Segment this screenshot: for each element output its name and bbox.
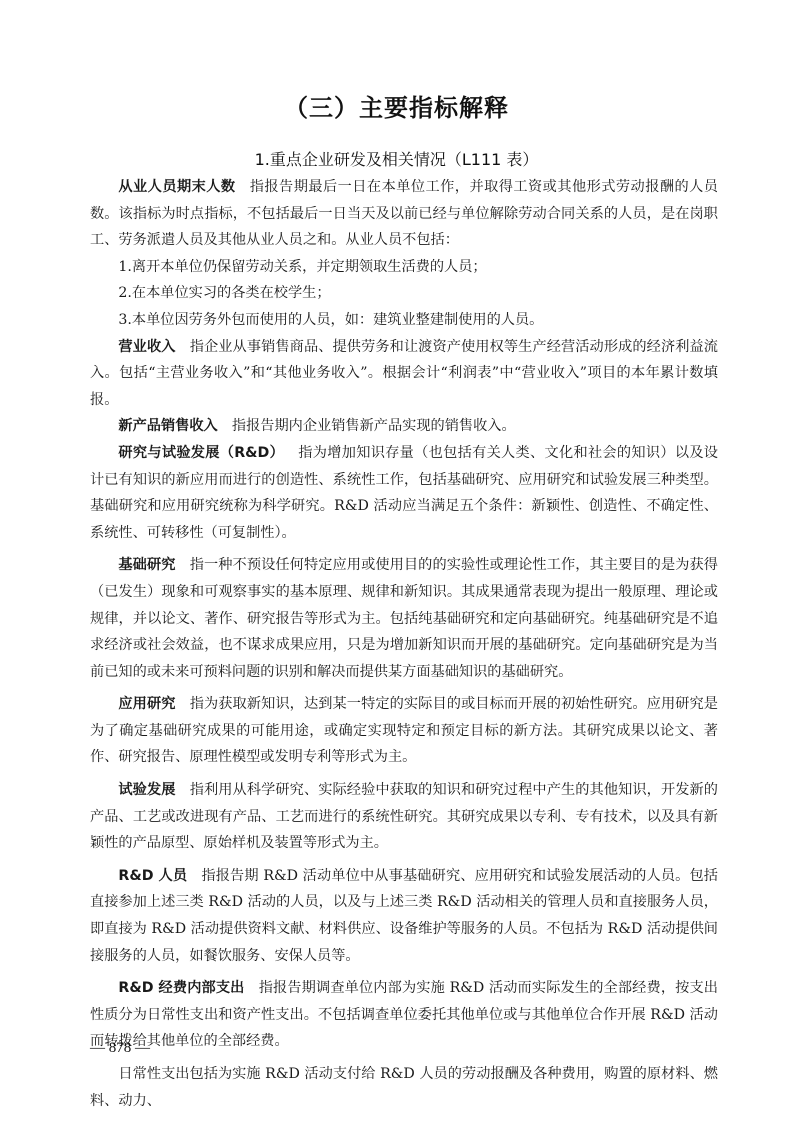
term-basic-research: 基础研究 — [118, 557, 175, 573]
definition-experimental-development: 指利用从科学研究、实际经验中获取的知识和研究过程中产生的其他知识，开发新的产品、… — [90, 782, 718, 851]
term-applied-research: 应用研究 — [118, 696, 175, 712]
subsection-title: 1.重点企业研发及相关情况（L111 表） — [0, 147, 793, 170]
exclusion-item-3: 3.本单位因劳务外包而使用的人员，如：建筑业整建制使用的人员。 — [90, 307, 718, 334]
paragraph-routine-expenditure: 日常性支出包括为实施 R&D 活动支付给 R&D 人员的劳动报酬及各种费用，购置… — [90, 1061, 718, 1114]
document-page: （三）主要指标解释 1.重点企业研发及相关情况（L111 表） 从业人员期末人数… — [0, 0, 793, 1122]
definition-new-product-sales: 指报告期内企业销售新产品实现的销售收入。 — [232, 418, 516, 434]
paragraph-experimental-development: 试验发展指利用从科学研究、实际经验中获取的知识和研究过程中产生的其他知识，开发新… — [90, 777, 718, 857]
paragraph-revenue: 营业收入指企业从事销售商品、提供劳务和让渡资产使用权等生产经营活动形成的经济利益… — [90, 334, 718, 414]
term-new-product-sales: 新产品销售收入 — [118, 418, 217, 434]
paragraph-new-product-sales: 新产品销售收入指报告期内企业销售新产品实现的销售收入。 — [90, 413, 718, 440]
paragraph-basic-research: 基础研究指一种不预设任何特定应用或使用目的的实验性或理论性工作，其主要目的是为获… — [90, 552, 718, 685]
exclusion-item-2: 2.在本单位实习的各类在校学生； — [90, 280, 718, 307]
paragraph-applied-research: 应用研究指为获取新知识，达到某一特定的实际目的或目标而开展的初始性研究。应用研究… — [90, 691, 718, 771]
exclusion-item-1: 1.离开本单位仍保留劳动关系，并定期领取生活费的人员； — [90, 254, 718, 281]
definition-applied-research: 指为获取新知识，达到某一特定的实际目的或目标而开展的初始性研究。应用研究是为了确… — [90, 696, 718, 765]
term-rd-personnel: R&D 人员 — [118, 868, 187, 884]
page-number: — 878 — — [90, 1040, 150, 1057]
definition-revenue: 指企业从事销售商品、提供劳务和让渡资产使用权等生产经营活动形成的经济利益流入。包… — [90, 339, 718, 408]
section-title: （三）主要指标解释 — [0, 88, 793, 123]
paragraph-employees: 从业人员期末人数指报告期最后一日在本单位工作，并取得工资或其他形式劳动报酬的人员… — [90, 174, 718, 254]
term-revenue: 营业收入 — [118, 339, 175, 355]
term-rd: 研究与试验发展（R&D） — [118, 445, 284, 461]
term-rd-internal-expenditure: R&D 经费内部支出 — [118, 980, 244, 996]
paragraph-rd: 研究与试验发展（R&D）指为增加知识存量（也包括有关人类、文化和社会的知识）以及… — [90, 440, 718, 546]
paragraph-rd-internal-expenditure: R&D 经费内部支出指报告期调查单位内部为实施 R&D 活动而实际发生的全部经费… — [90, 975, 718, 1055]
paragraph-rd-personnel: R&D 人员指报告期 R&D 活动单位中从事基础研究、应用研究和试验发展活动的人… — [90, 863, 718, 969]
document-body: 从业人员期末人数指报告期最后一日在本单位工作，并取得工资或其他形式劳动报酬的人员… — [90, 174, 718, 1114]
definition-basic-research: 指一种不预设任何特定应用或使用目的的实验性或理论性工作，其主要目的是为获得（已发… — [90, 557, 718, 679]
term-experimental-development: 试验发展 — [118, 782, 175, 798]
term-employees: 从业人员期末人数 — [118, 179, 235, 195]
